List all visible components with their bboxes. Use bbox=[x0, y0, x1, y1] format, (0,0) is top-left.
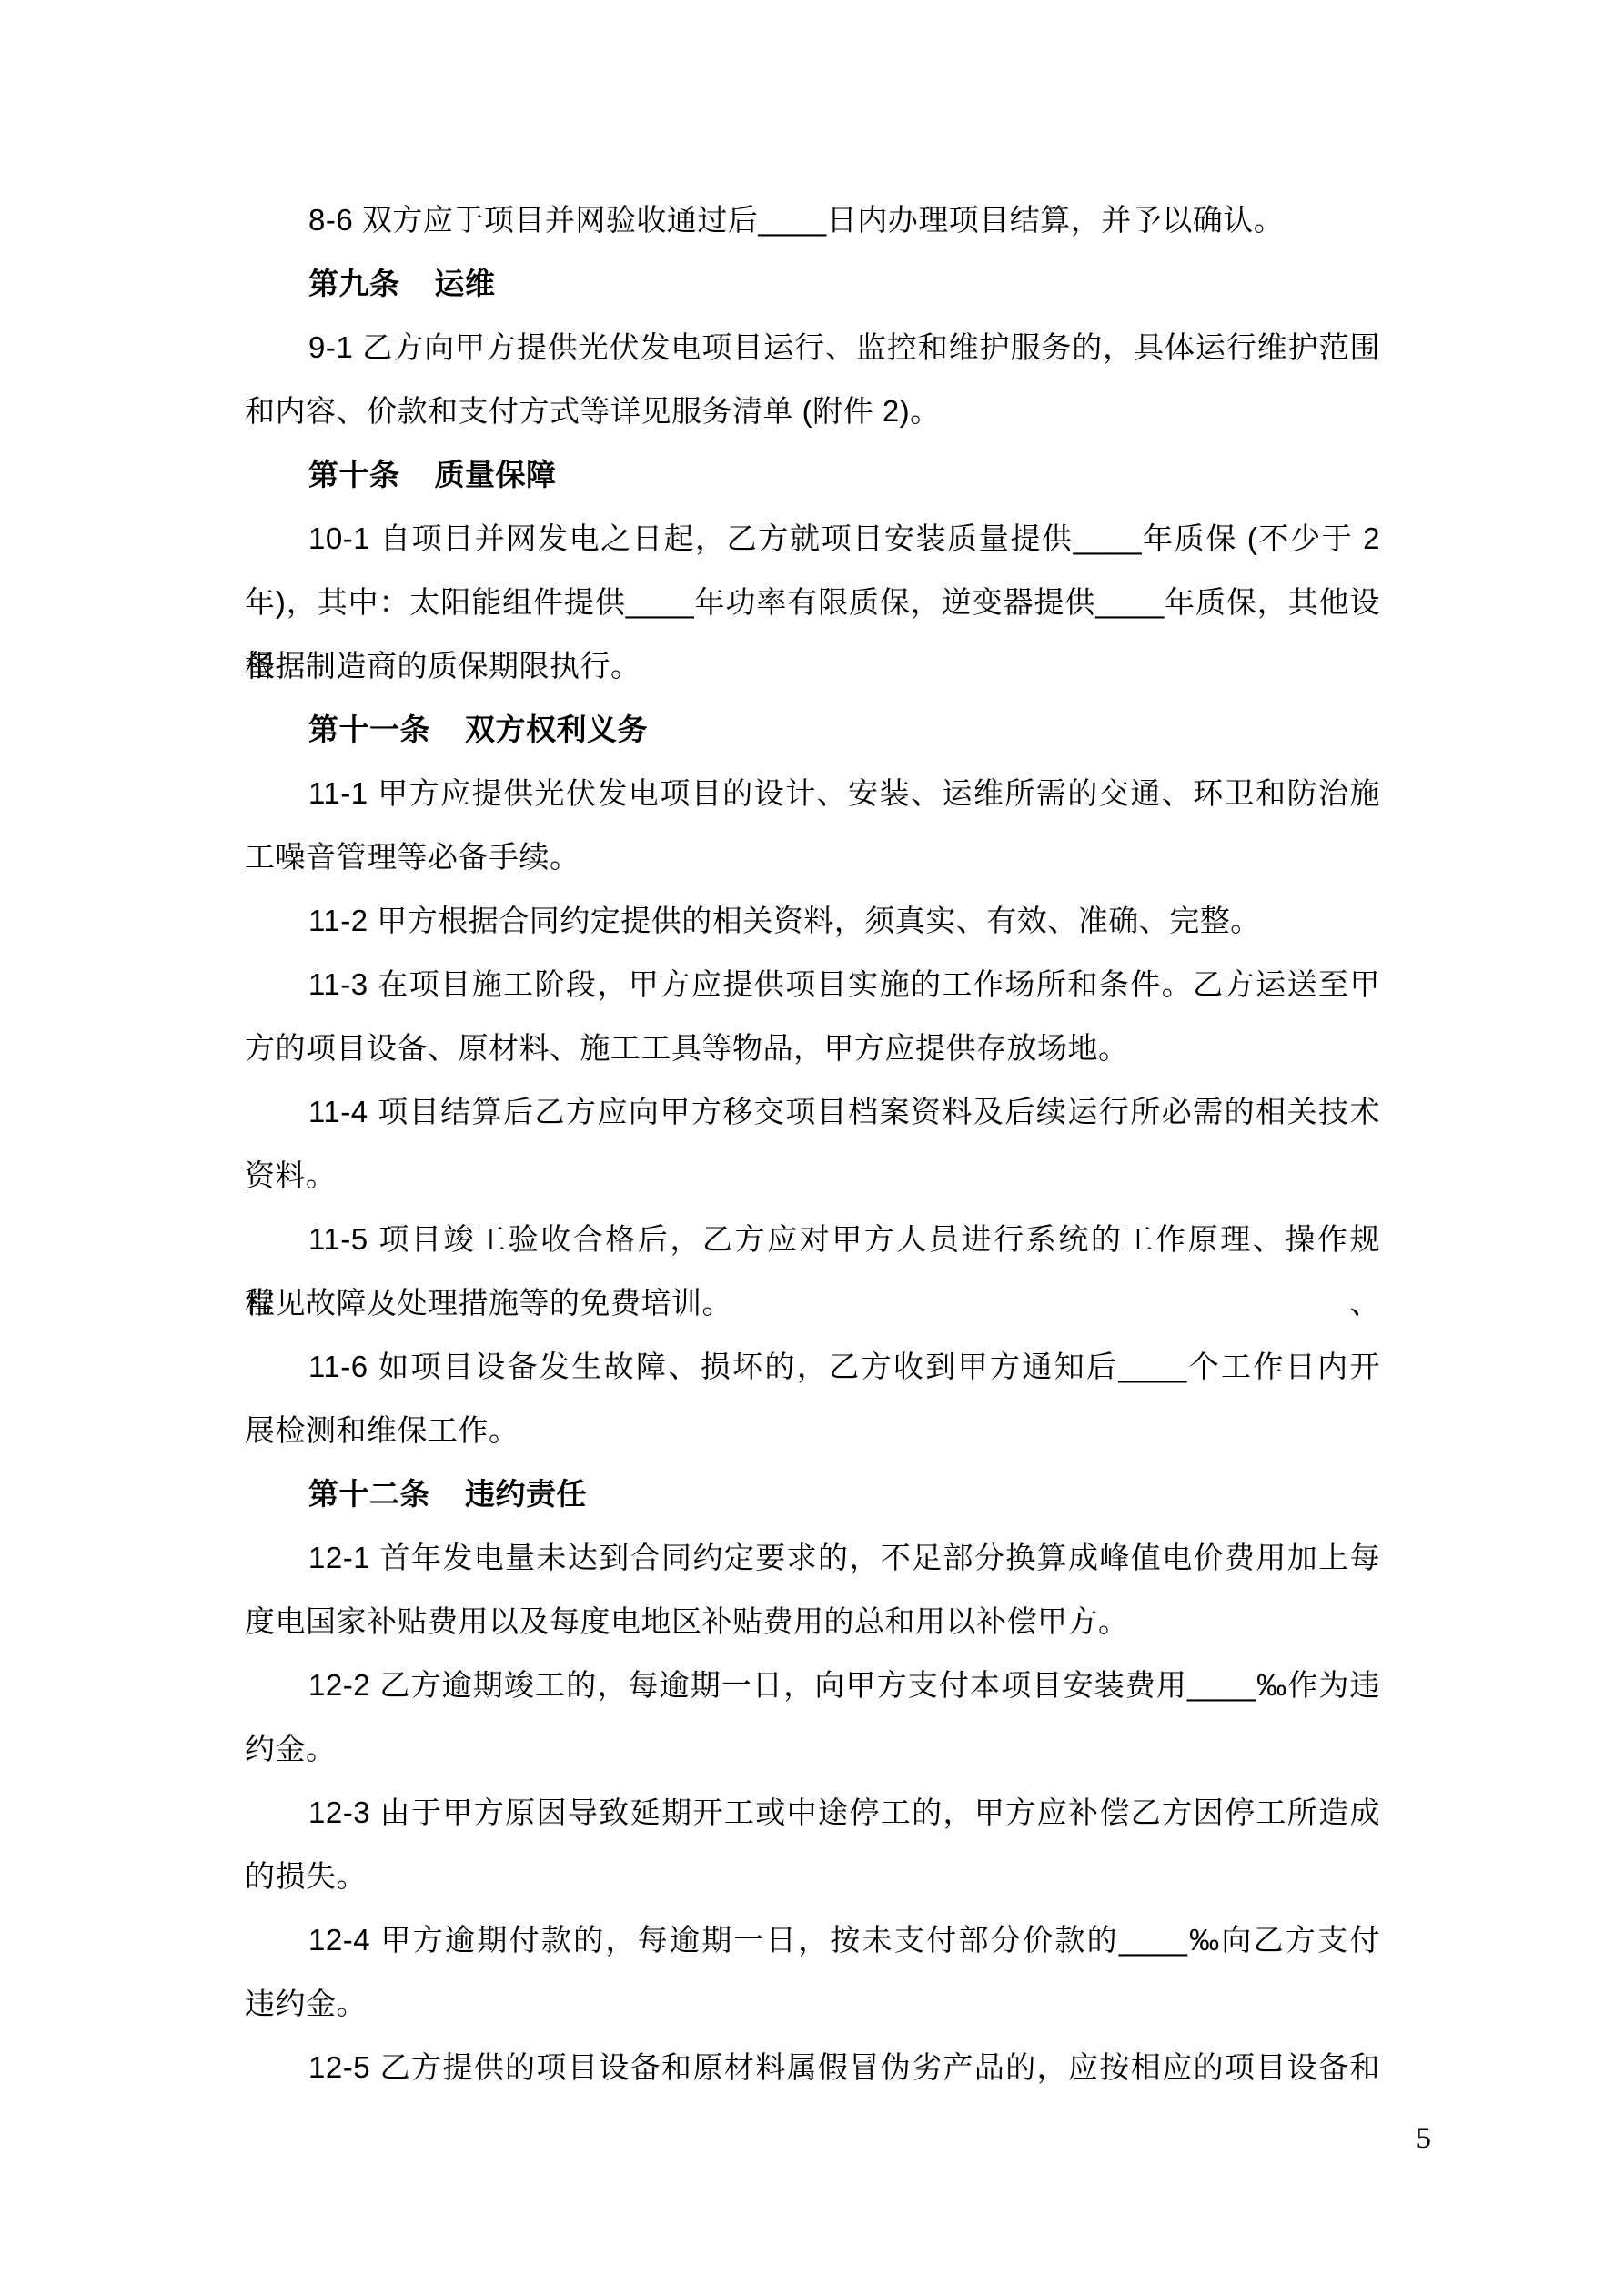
contract-text-line: 12-5 乙方提供的项目设备和原材料属假冒伪劣产品的，应按相应的项目设备和 bbox=[245, 2036, 1380, 2099]
contract-text-line: 根据制造商的质保期限执行。 bbox=[245, 634, 1380, 698]
heading-number: 第十一条 bbox=[308, 713, 430, 746]
contract-text-line: 12-1 首年发电量未达到合同约定要求的，不足部分换算成峰值电价费用加上每 bbox=[245, 1526, 1380, 1590]
contract-text-line: 方的项目设备、原材料、施工工具等物品，甲方应提供存放场地。 bbox=[245, 1017, 1380, 1080]
document-page: 8-6 双方应于项目并网验收通过后____日内办理项目结算，并予以确认。第九条运… bbox=[0, 0, 1624, 2296]
contract-text-line: 11-2 甲方根据合同约定提供的相关资料，须真实、有效、准确、完整。 bbox=[245, 889, 1380, 953]
section-heading: 第九条运维 bbox=[245, 252, 1380, 316]
heading-title: 双方权利义务 bbox=[465, 713, 648, 746]
heading-number: 第十二条 bbox=[308, 1477, 430, 1511]
contract-text-line: 9-1 乙方向甲方提供光伏发电项目运行、监控和维护服务的，具体运行维护范围 bbox=[245, 316, 1380, 379]
contract-text-line: 资料。 bbox=[245, 1144, 1380, 1208]
contract-text-line: 度电国家补贴费用以及每度电地区补贴费用的总和用以补偿甲方。 bbox=[245, 1590, 1380, 1654]
heading-title: 违约责任 bbox=[465, 1477, 587, 1511]
contract-text-line: 约金。 bbox=[245, 1717, 1380, 1781]
contract-text-line: 11-6 如项目设备发生故障、损坏的，乙方收到甲方通知后____个工作日内开 bbox=[245, 1335, 1380, 1399]
section-heading: 第十二条违约责任 bbox=[245, 1462, 1380, 1526]
contract-text-line: 11-5 项目竣工验收合格后，乙方应对甲方人员进行系统的工作原理、操作规程、 bbox=[245, 1208, 1380, 1271]
page-number: 5 bbox=[1417, 2117, 1432, 2160]
heading-number: 第九条 bbox=[308, 267, 400, 300]
contract-text-line: 8-6 双方应于项目并网验收通过后____日内办理项目结算，并予以确认。 bbox=[245, 188, 1380, 252]
contract-text-line: 10-1 自项目并网发电之日起，乙方就项目安装质量提供____年质保 (不少于 … bbox=[245, 507, 1380, 571]
contract-text-line: 12-2 乙方逾期竣工的，每逾期一日，向甲方支付本项目安装费用____‰作为违 bbox=[245, 1654, 1380, 1717]
contract-text-line: 11-1 甲方应提供光伏发电项目的设计、安装、运维所需的交通、环卫和防治施 bbox=[245, 762, 1380, 825]
contract-text-line: 的损失。 bbox=[245, 1845, 1380, 1908]
section-heading: 第十一条双方权利义务 bbox=[245, 698, 1380, 762]
contract-text-line: 12-4 甲方逾期付款的，每逾期一日，按未支付部分价款的____‰向乙方支付 bbox=[245, 1908, 1380, 1972]
contract-text-line: 工噪音管理等必备手续。 bbox=[245, 825, 1380, 889]
contract-text-line: 12-3 由于甲方原因导致延期开工或中途停工的，甲方应补偿乙方因停工所造成 bbox=[245, 1781, 1380, 1845]
contract-text-line: 展检测和维保工作。 bbox=[245, 1399, 1380, 1462]
page-content: 8-6 双方应于项目并网验收通过后____日内办理项目结算，并予以确认。第九条运… bbox=[245, 188, 1380, 2099]
heading-number: 第十条 bbox=[308, 458, 400, 491]
heading-title: 运维 bbox=[435, 267, 496, 300]
contract-text-line: 11-3 在项目施工阶段，甲方应提供项目实施的工作场所和条件。乙方运送至甲 bbox=[245, 953, 1380, 1017]
contract-text-line: 和内容、价款和支付方式等详见服务清单 (附件 2)。 bbox=[245, 379, 1380, 443]
contract-text-line: 11-4 项目结算后乙方应向甲方移交项目档案资料及后续运行所必需的相关技术 bbox=[245, 1080, 1380, 1144]
contract-text-line: 年)，其中：太阳能组件提供____年功率有限质保，逆变器提供____年质保，其他… bbox=[245, 571, 1380, 634]
contract-text-line: 违约金。 bbox=[245, 1972, 1380, 2036]
section-heading: 第十条质量保障 bbox=[245, 443, 1380, 507]
heading-title: 质量保障 bbox=[435, 458, 557, 491]
